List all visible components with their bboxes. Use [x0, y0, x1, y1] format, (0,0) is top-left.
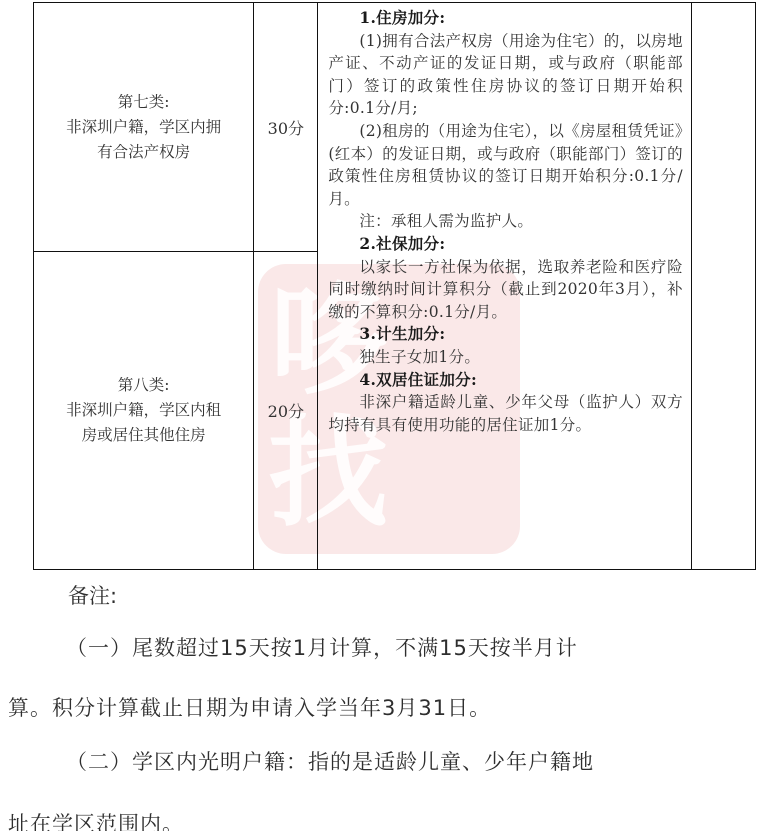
housing-rented-text: (2)租房的（用途为住宅），以《房屋租赁凭证》(红本）的发证日期，或与政府（职能… — [328, 120, 683, 210]
social-security-text: 以家长一方社保为依据，选取养老险和医疗险同时缴纳时间计算积分（截止到2020年3… — [328, 256, 683, 324]
residence-permit-heading: 4.双居住证加分: — [328, 369, 683, 392]
score-cell-8: 20分 — [254, 252, 318, 570]
residence-permit-text: 非深户籍适龄儿童、少年父母（监护人）双方均持有具有使用功能的居住证加1分。 — [328, 391, 683, 436]
empty-cell — [691, 3, 755, 570]
category-title: 第八类: — [34, 373, 253, 398]
note-1-line-1: （一）尾数超过15天按1月计算，不满15天按半月计 — [66, 632, 578, 662]
note-1-line-2: 算。积分计算截止日期为申请入学当年3月31日。 — [8, 692, 491, 722]
category-desc-line: 有合法产权房 — [34, 140, 253, 165]
social-security-heading: 2.社保加分: — [328, 233, 683, 256]
scoring-rules-cell: 1.住房加分: (1)拥有合法产权房（用途为住宅）的，以房地产证、不动产证的发证… — [318, 3, 692, 570]
score-cell-7: 30分 — [254, 3, 318, 252]
note-2-line-2: 址在学区范围内。 — [8, 808, 184, 831]
family-planning-text: 独生子女加1分。 — [328, 346, 683, 369]
category-title: 第七类: — [34, 90, 253, 115]
category-desc-line: 非深圳户籍，学区内拥 — [34, 115, 253, 140]
score-value: 30分 — [268, 119, 304, 138]
family-planning-heading: 3.计生加分: — [328, 323, 683, 346]
points-table: 第七类: 非深圳户籍，学区内拥 有合法产权房 30分 1.住房加分: (1)拥有… — [33, 2, 756, 570]
table-row: 第七类: 非深圳户籍，学区内拥 有合法产权房 30分 1.住房加分: (1)拥有… — [34, 3, 756, 252]
note-2-line-1: （二）学区内光明户籍：指的是适龄儿童、少年户籍地 — [66, 746, 594, 776]
category-desc-line: 非深圳户籍，学区内租 — [34, 398, 253, 423]
score-value: 20分 — [268, 402, 304, 421]
category-desc-line: 房或居住其他住房 — [34, 423, 253, 448]
notes-title: 备注: — [68, 580, 117, 610]
housing-heading: 1.住房加分: — [328, 7, 683, 30]
housing-note: 注：承租人需为监护人。 — [328, 210, 683, 233]
category-cell-7: 第七类: 非深圳户籍，学区内拥 有合法产权房 — [34, 3, 254, 252]
category-cell-8: 第八类: 非深圳户籍，学区内租 房或居住其他住房 — [34, 252, 254, 570]
housing-owned-text: (1)拥有合法产权房（用途为住宅）的，以房地产证、不动产证的发证日期，或与政府（… — [328, 30, 683, 120]
